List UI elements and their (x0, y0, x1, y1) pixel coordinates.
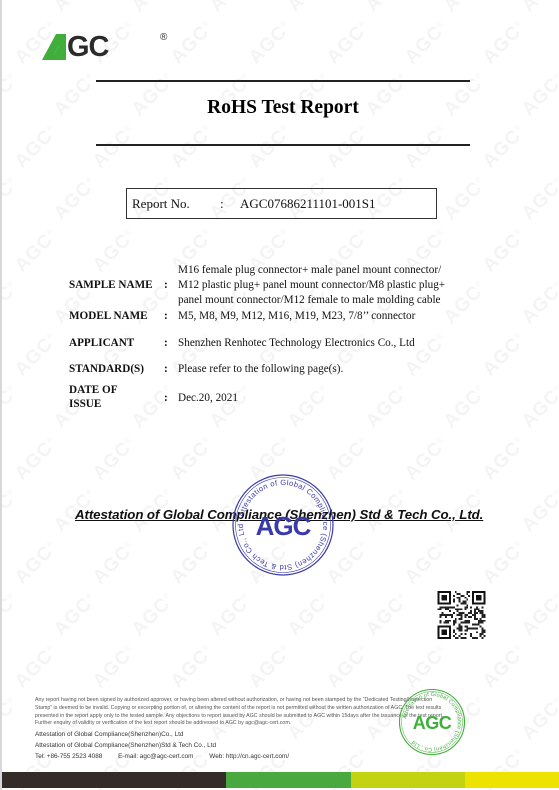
watermark-mark: AGC® (50, 0, 102, 17)
watermark-mark: AGC® (401, 17, 453, 69)
watermark-mark: AGC® (2, 0, 24, 17)
watermark-mark: AGC® (323, 121, 375, 173)
watermark-mark: AGC® (167, 641, 219, 693)
watermark-mark: AGC® (206, 589, 258, 641)
field-value: Dec.20, 2021 (178, 391, 238, 406)
field-label: SAMPLE NAME (69, 278, 153, 293)
field-label-line: ISSUE (69, 397, 101, 412)
footer-color-bar-lime (351, 772, 465, 788)
footer-email[interactable]: E-mail: agc@agc-cert.com (118, 753, 193, 760)
watermark-mark: AGC® (518, 589, 559, 641)
svg-text:AGC: AGC (256, 511, 312, 541)
footer-contact-line: Tel: +86-755 2523 4088 E-mail: agc@agc-c… (35, 753, 303, 760)
watermark-mark: AGC® (167, 433, 219, 485)
watermark-mark: AGC® (167, 537, 219, 589)
footer-color-bar-dark (2, 772, 226, 788)
watermark-mark: AGC® (401, 433, 453, 485)
watermark-mark: AGC® (206, 0, 258, 17)
watermark-mark: AGC® (518, 173, 559, 225)
watermark-mark: AGC® (11, 537, 63, 589)
title-bottom-rule (96, 144, 470, 146)
watermark-mark: AGC® (245, 641, 297, 693)
watermark-mark: AGC® (323, 17, 375, 69)
watermark-mark: AGC® (284, 0, 336, 17)
watermark-mark: AGC® (11, 433, 63, 485)
footer-web[interactable]: Web: http://cn.agc-cert.com/ (209, 753, 289, 760)
watermark-mark: AGC® (128, 589, 180, 641)
watermark-mark: AGC® (11, 225, 63, 277)
field-colon: : (164, 362, 168, 377)
watermark-mark: AGC® (362, 589, 414, 641)
footer-tel: Tel: +86-755 2523 4088 (35, 753, 102, 760)
watermark-mark: AGC® (2, 277, 24, 329)
watermark-mark: AGC® (440, 0, 492, 17)
watermark-mark: AGC® (401, 537, 453, 589)
watermark-mark: AGC® (89, 225, 141, 277)
footer-company-line: Attestation of Global Compliance(Shenzhe… (35, 742, 216, 749)
watermark-mark: AGC® (2, 381, 24, 433)
agc-logo: GC ® (42, 34, 109, 60)
field-label-line: DATE OF (69, 383, 118, 398)
watermark-mark: AGC® (518, 277, 559, 329)
field-value: Please refer to the following page(s). (178, 362, 343, 377)
watermark-mark: AGC® (284, 589, 336, 641)
watermark-mark: AGC® (206, 381, 258, 433)
field-colon: : (164, 391, 168, 406)
qr-code[interactable] (435, 591, 488, 639)
footer-color-bar-green (226, 772, 351, 788)
watermark-mark: AGC® (11, 121, 63, 173)
page-title: RoHS Test Report (96, 97, 470, 119)
watermark-mark: AGC® (167, 17, 219, 69)
field-label: STANDARD(S) (69, 362, 144, 377)
watermark-mark: AGC® (11, 641, 63, 693)
watermark-mark: AGC® (518, 381, 559, 433)
footer-color-bar-yellow (465, 772, 559, 788)
watermark-mark: AGC® (50, 173, 102, 225)
title-top-rule (96, 80, 470, 82)
logo-text: GC (67, 34, 109, 60)
watermark-mark: AGC® (479, 433, 531, 485)
field-value: M5, M8, M9, M12, M16, M19, M23, 7/8’’ co… (178, 309, 415, 324)
watermark-mark: AGC® (362, 381, 414, 433)
report-number-colon: : (220, 196, 224, 212)
footer-company-line: Attestation of Global Compliance(Shenzhe… (35, 731, 184, 738)
report-number-value: AGC07686211101-001S1 (240, 196, 376, 212)
watermark-mark: AGC® (440, 381, 492, 433)
field-value-line: panel mount connector/M12 female to male… (178, 293, 441, 308)
report-cover-page: AGC®AGC®AGC®AGC®AGC®AGC®AGC®AGC®AGC®AGC®… (0, 0, 559, 790)
svg-text:AGC: AGC (413, 713, 452, 733)
watermark-mark: AGC® (518, 0, 559, 17)
watermark-mark: AGC® (245, 17, 297, 69)
official-stamp-blue: Attestation of Global Compliance (Shenzh… (231, 473, 335, 577)
field-value: Shenzhen Renhotec Technology Electronics… (178, 336, 415, 351)
field-label: MODEL NAME (69, 309, 148, 324)
registered-mark: ® (160, 32, 167, 43)
watermark-mark: AGC® (479, 225, 531, 277)
field-colon: : (164, 309, 168, 324)
watermark-mark: AGC® (479, 121, 531, 173)
watermark-mark: AGC® (50, 589, 102, 641)
watermark-mark: AGC® (401, 641, 453, 693)
field-value-line: M16 female plug connector+ male panel mo… (178, 263, 441, 278)
watermark-mark: AGC® (2, 69, 24, 121)
field-colon: : (164, 278, 168, 293)
watermark-mark: AGC® (440, 173, 492, 225)
watermark-mark: AGC® (2, 693, 24, 745)
watermark-mark: AGC® (440, 277, 492, 329)
watermark-mark: AGC® (167, 121, 219, 173)
field-colon: : (164, 336, 168, 351)
watermark-mark: AGC® (89, 433, 141, 485)
official-stamp-green: Attestation of Global Compliance (Shenzh… (398, 688, 466, 756)
watermark-mark: AGC® (89, 121, 141, 173)
watermark-mark: AGC® (401, 121, 453, 173)
watermark-mark: AGC® (89, 641, 141, 693)
logo-a-triangle-icon (42, 34, 66, 60)
watermark-mark: AGC® (2, 173, 24, 225)
watermark-mark: AGC® (479, 537, 531, 589)
watermark-mark: AGC® (245, 121, 297, 173)
watermark-mark: AGC® (284, 381, 336, 433)
watermark-mark: AGC® (518, 69, 559, 121)
watermark-mark: AGC® (362, 0, 414, 17)
watermark-mark: AGC® (128, 0, 180, 17)
field-value-line: M12 plastic plug+ panel mount connector/… (178, 278, 445, 293)
watermark-mark: AGC® (518, 485, 559, 537)
watermark-mark: AGC® (50, 69, 102, 121)
watermark-mark: AGC® (89, 537, 141, 589)
watermark-mark: AGC® (479, 329, 531, 381)
watermark-mark: AGC® (11, 329, 63, 381)
watermark-mark: AGC® (323, 641, 375, 693)
watermark-mark: AGC® (479, 17, 531, 69)
field-label: APPLICANT (69, 336, 134, 351)
watermark-mark: AGC® (479, 641, 531, 693)
watermark-mark: AGC® (2, 589, 24, 641)
report-number-label: Report No. (132, 196, 190, 212)
watermark-mark: AGC® (128, 381, 180, 433)
watermark-mark: AGC® (2, 485, 24, 537)
report-number-box: Report No. : AGC07686211101-001S1 (126, 188, 437, 219)
